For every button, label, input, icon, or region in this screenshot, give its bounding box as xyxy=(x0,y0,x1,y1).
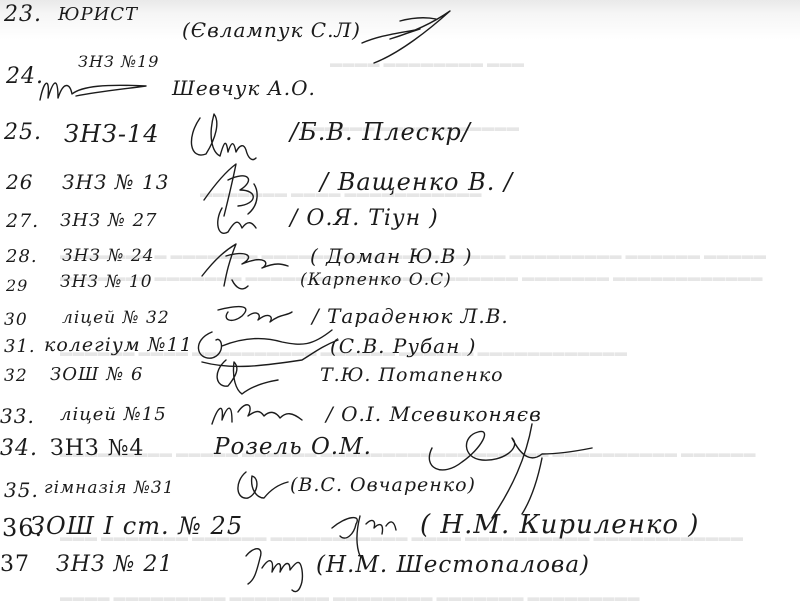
row-name: / Ващенко В. / xyxy=(320,168,513,196)
row-number: 32 xyxy=(4,366,28,386)
row-school: ліцей №15 xyxy=(60,404,167,425)
signature-icon xyxy=(206,356,286,398)
row-number: 23. xyxy=(4,2,42,27)
row-school: ЗОШ № 6 xyxy=(50,364,143,385)
row-school: ЗНЗ № 27 xyxy=(60,210,158,231)
row-number: 31. xyxy=(4,336,36,357)
row-name: ( Доман Ю.В ) xyxy=(310,244,473,268)
row-school: гімназія №31 xyxy=(44,478,175,498)
row-name: Розель О.М. xyxy=(214,434,372,460)
signature-icon xyxy=(360,5,470,65)
row-school: ЗОШ І ст. № 25 xyxy=(30,512,243,540)
row-note: ЗНЗ №19 xyxy=(78,52,159,71)
row-school: ЗНЗ № 10 xyxy=(60,272,153,292)
row-school: ліцей № 32 xyxy=(62,308,170,328)
bleed-through-text: ▬▬▬▬ ▬▬▬▬▬▬▬▬▬ ▬▬▬▬▬▬▬▬ ▬▬▬▬▬▬▬▬ ▬▬▬▬▬▬▬… xyxy=(60,590,640,605)
row-name: ( Н.М. Кириленко ) xyxy=(420,510,699,540)
row-name: (Н.М. Шестопалова) xyxy=(316,552,590,578)
signature-icon xyxy=(240,540,320,600)
bleed-through-text: ▬▬▬▬▬▬▬▬▬ ▬▬▬▬▬ ▬▬▬▬▬▬ ▬▬▬▬▬▬▬▬▬▬▬▬ ▬▬▬▬… xyxy=(60,446,756,461)
row-number: 28. xyxy=(6,246,38,267)
row-name: / Тараденюк Л.В. xyxy=(312,304,509,328)
row-number: 35. xyxy=(4,478,39,502)
row-name: (С.В. Рубан ) xyxy=(330,334,476,358)
row-number: 37 xyxy=(0,552,30,577)
row-name: (Євлампук С.Л) xyxy=(182,18,361,42)
signature-icon xyxy=(196,236,296,296)
row-school: ЗНЗ № 13 xyxy=(62,170,169,194)
row-name: Т.Ю. Потапенко xyxy=(320,364,504,386)
row-number: 26 xyxy=(6,170,33,194)
scanned-page: ▬▬▬▬ ▬▬▬▬▬▬▬▬ ▬▬▬ ▬▬▬▬▬▬ ▬▬▬▬▬ ▬▬▬▬▬▬ ▬▬… xyxy=(0,0,800,605)
row-school: ЮРИСТ xyxy=(58,4,138,25)
row-school: ЗНЗ-14 xyxy=(64,120,159,148)
row-name: (В.С. Овчаренко) xyxy=(290,474,476,496)
signature-icon xyxy=(36,70,156,105)
row-school: колегіум №11 xyxy=(44,334,193,356)
row-number: 25. xyxy=(4,120,42,145)
row-school: ЗНЗ № 21 xyxy=(56,552,173,577)
row-number: 33. xyxy=(0,404,35,428)
row-name: (Карпенко О.С) xyxy=(300,270,452,290)
signature-icon xyxy=(232,468,292,504)
row-name: Шевчук А.О. xyxy=(172,76,316,100)
signature-icon xyxy=(186,108,281,163)
row-name: / О.Я. Тіун ) xyxy=(290,206,439,231)
row-number: 29 xyxy=(6,276,28,295)
signature-icon xyxy=(206,396,316,430)
row-number: 27. xyxy=(6,210,39,232)
row-number: 30 xyxy=(4,310,28,330)
row-number: 34. xyxy=(0,436,38,461)
row-school: ЗНЗ №4 xyxy=(50,436,144,461)
row-name: /Б.В. Плескр/ xyxy=(290,118,471,146)
row-school: ЗНЗ № 24 xyxy=(62,246,155,266)
